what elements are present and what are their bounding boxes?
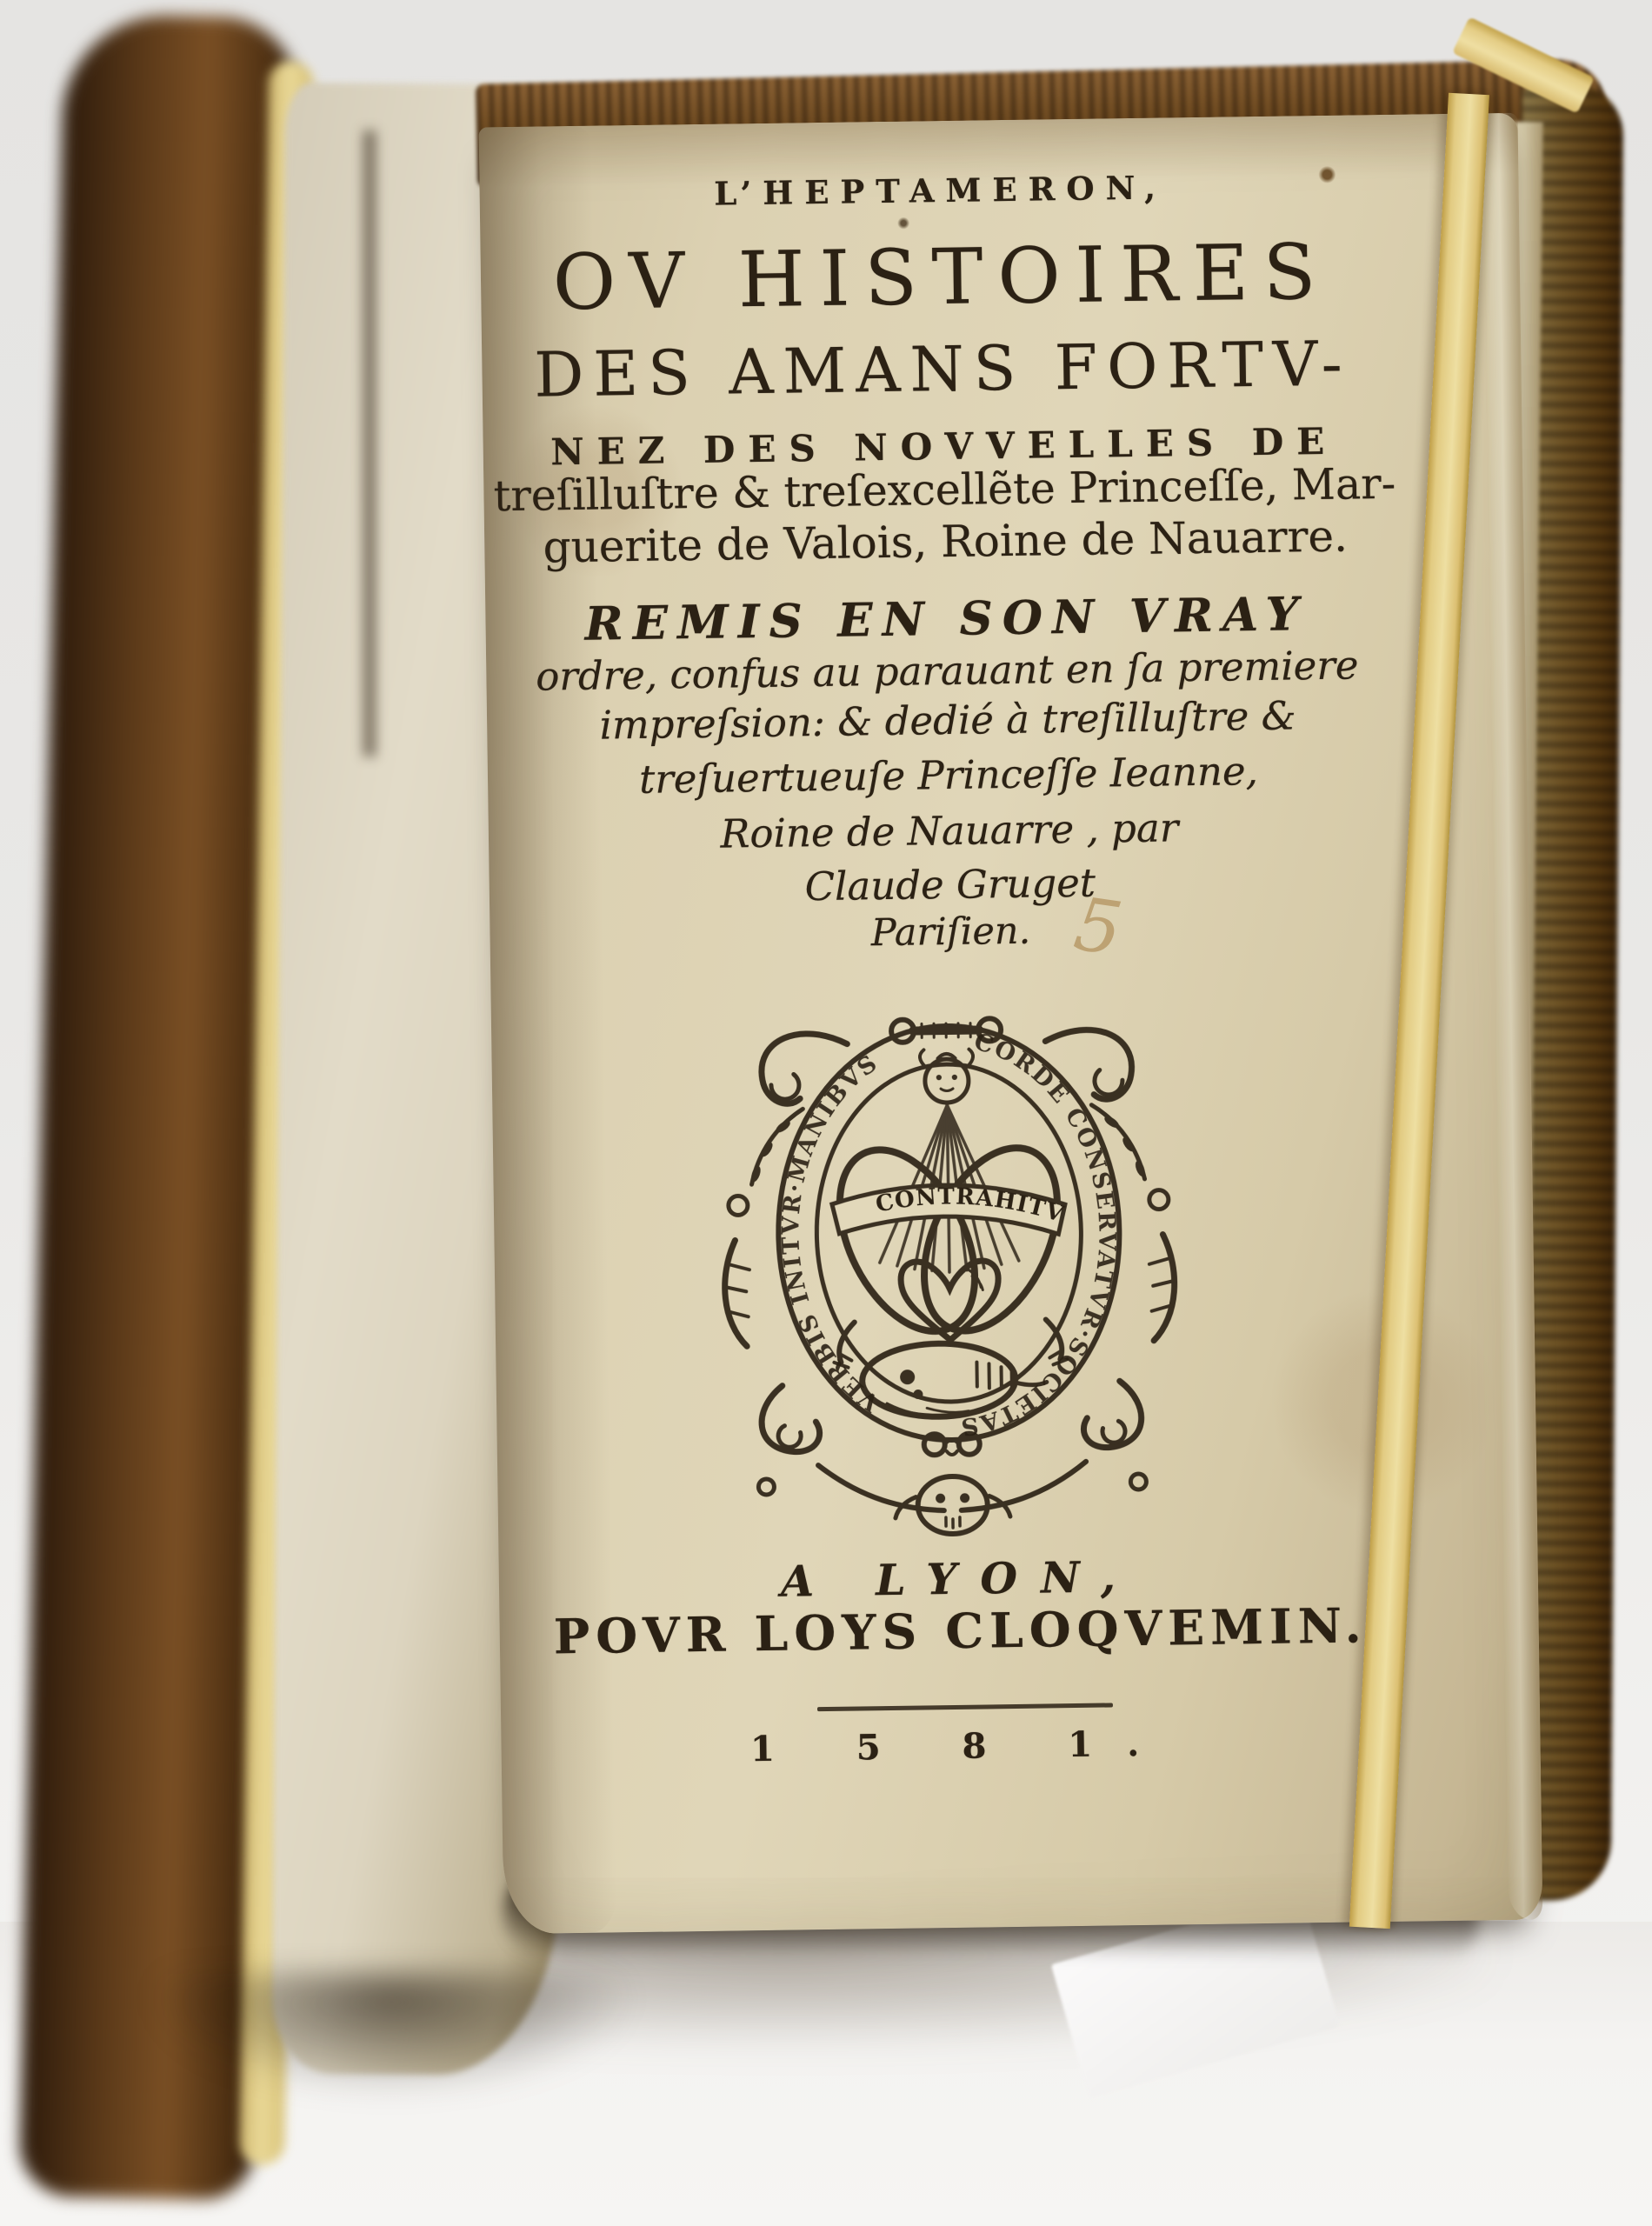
verso-page-shadow: [148, 1974, 635, 2096]
printer-device-woodcut: VERBIS INITVR·MANIBVS CORDE CONSERVATVR·…: [696, 971, 1202, 1554]
imprint-publisher: POVR LOYS CLOQVEMIN.: [503, 1596, 1417, 1666]
editor-epithet: Pariſien.: [494, 904, 1408, 961]
imprint-year: 1 5 8 1.: [505, 1720, 1419, 1774]
editor-statement-line-4: treſuertueuſe Princeſſe Ieanne,: [492, 746, 1406, 805]
main-title-line-2: DES AMANS FORTV-: [486, 327, 1400, 412]
editor-statement-line-5: Roine de Nauarre , par: [493, 802, 1407, 861]
editor-statement-line-3: impreſsion: & dedié à treſilluſtre &: [491, 691, 1405, 750]
editor-statement-line-1: REMIS EN SON VRAY: [490, 586, 1403, 653]
photo-of-open-book: L’HEPTAMERON, OV HISTOIRES DES AMANS FOR…: [0, 0, 1652, 2226]
gutter-crease: [363, 130, 376, 756]
imprint-rule: [817, 1703, 1113, 1711]
title-page-text: L’HEPTAMERON, OV HISTOIRES DES AMANS FOR…: [483, 115, 1422, 1934]
half-title: L’HEPTAMERON,: [483, 165, 1397, 217]
subtitle-line-2: guerite de Valois, Roine de Nauarre.: [489, 510, 1402, 574]
device-banner-word: CONTRAHITVR: [696, 971, 1068, 1233]
main-title-line-1: OV HISTOIRES: [484, 226, 1398, 329]
